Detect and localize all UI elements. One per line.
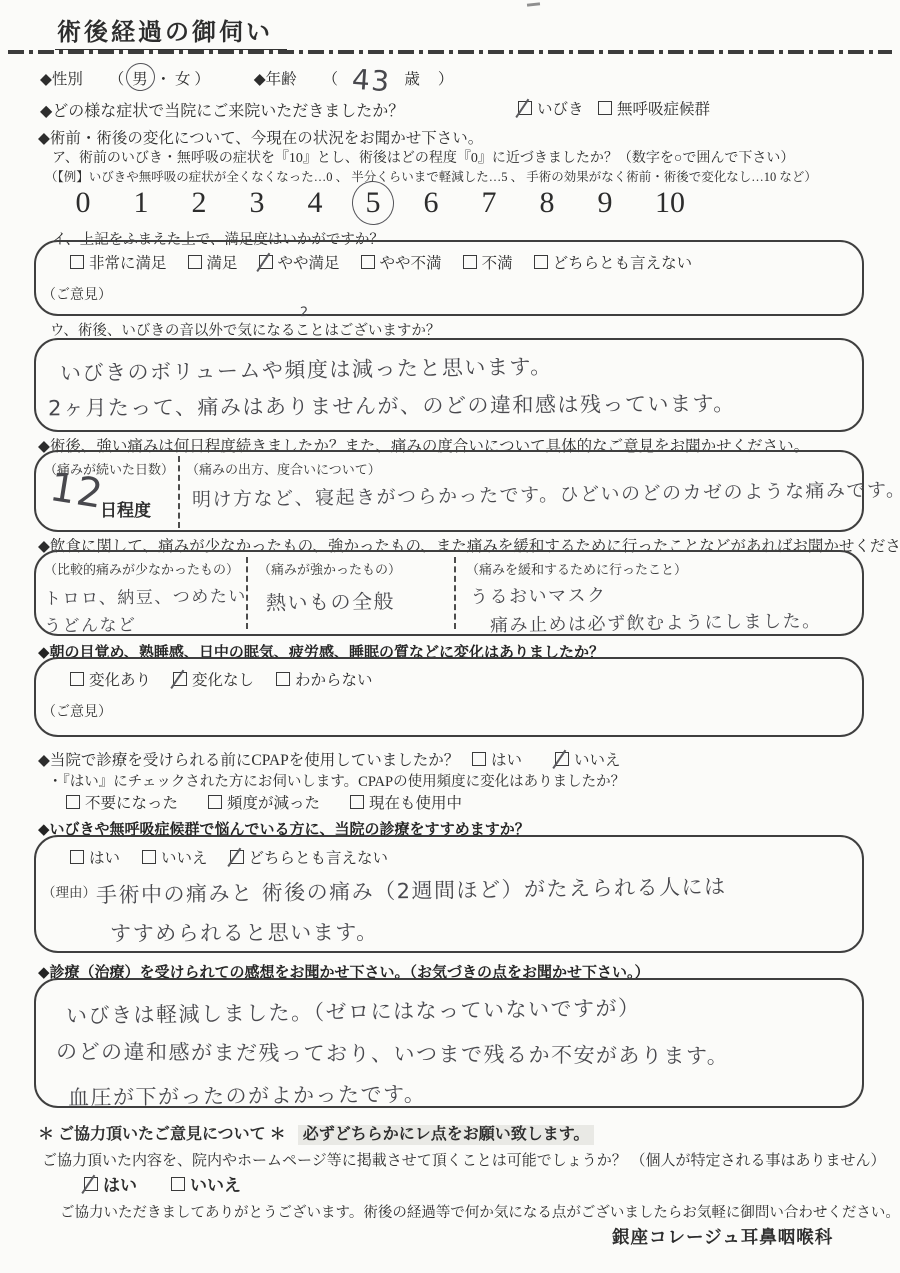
footer-note: ＊ ご協力頂いたご意見について ＊ 必ずどちらかにレ点をお願い致します。 [38, 1121, 594, 1144]
food-column-label: （痛みを緩和するために行ったこと） [466, 559, 860, 578]
publish-option-yes[interactable]: はい [84, 1171, 137, 1196]
no-longer-needed-checkbox[interactable] [66, 795, 80, 809]
change-heading: ◆術前・術後の変化について、今現在の状況をお聞かせ下さい。 [38, 126, 483, 148]
recommend-options: はい いいえ どちらとも言えない [70, 846, 388, 868]
scale-number-9[interactable]: 9 [590, 186, 620, 220]
profile-row: ◆性別 （ 男 ・ 女 ） ◆年齢 （ 43 歳 ） [40, 64, 453, 97]
dissatisfied-checkbox[interactable] [463, 255, 477, 269]
satisfaction-option-somewhat-satisfied[interactable]: やや満足 [259, 251, 340, 273]
scale-number-8[interactable]: 8 [532, 186, 562, 220]
footer-note-prefix: ＊ ご協力頂いたご意見について ＊ [38, 1126, 286, 1143]
symptom-option-ibiki[interactable]: いびき [518, 97, 584, 119]
thanks-message: ご協力いただきましてありがとうございます。術後の経過等で何か気になる点がございま… [60, 1201, 900, 1222]
satisfied-checkbox[interactable] [188, 255, 202, 269]
cpap-option-no[interactable]: いいえ [555, 748, 621, 770]
still-using-checkbox[interactable] [350, 795, 364, 809]
scale-number-1[interactable]: 1 [126, 186, 156, 220]
neither-label: どちらとも言えない [553, 251, 693, 273]
unsure-checkbox[interactable] [276, 672, 290, 686]
satisfaction-option-neither[interactable]: どちらとも言えない [534, 251, 693, 273]
pain-days-unit: 日程度 [100, 496, 151, 521]
handwritten-line: 痛み止めは必ず飲むようにしました。 [490, 607, 822, 638]
scale-number-2[interactable]: 2 [184, 186, 214, 220]
cpap-question: ◆当院で診療を受けられる前にCPAPを使用していましたか？ [38, 748, 459, 770]
scale-number-10[interactable]: 10 [648, 186, 692, 220]
changed-checkbox[interactable] [70, 672, 84, 686]
sleep-option-changed[interactable]: 変化あり [70, 668, 151, 690]
frequency-decreased-label: 頻度が減った [227, 791, 320, 813]
recommend-neither-checkbox[interactable] [230, 850, 244, 864]
cpap-yes-checkbox[interactable] [472, 752, 486, 766]
sleep-options: 変化あり 変化なし わからない [70, 668, 373, 690]
scale-number-3[interactable]: 3 [242, 186, 272, 220]
recommend-neither-label: どちらとも言えない [249, 846, 389, 868]
change-example: （【例】いびきや無呼吸の症状が全くなくなった…0 、 半分くらいまで軽減した…5… [45, 167, 817, 185]
satisfaction-option-very-satisfied[interactable]: 非常に満足 [70, 251, 167, 273]
handwritten-line: 血圧が下がったのがよかったです。 [68, 1078, 427, 1112]
symptom-option-mukokyu[interactable]: 無呼吸症候群 [598, 97, 710, 119]
unsure-label: わからない [295, 668, 373, 690]
questionnaire-page: 術後経過の御伺い ◆性別 （ 男 ・ 女 ） ◆年齢 （ 43 歳 ） ◆どの様… [0, 0, 900, 1273]
opinion-label: （ご意見） [42, 284, 112, 304]
cpap-yes-label: はい [491, 748, 522, 770]
pain-detail-label: （痛みの出方、度合いについて） [186, 459, 381, 478]
cpap-sub-options: 不要になった 頻度が減った 現在も使用中 [66, 791, 462, 813]
satisfaction-option-satisfied[interactable]: 満足 [188, 251, 238, 273]
handwritten-line: うどんなど [44, 610, 137, 636]
satisfaction-option-somewhat-dissatisfied[interactable]: やや不満 [361, 251, 442, 273]
age-paren-close: ） [438, 71, 454, 88]
food-column-label: （痛みが強かったもの） [258, 559, 450, 578]
somewhat-satisfied-checkbox[interactable] [259, 255, 273, 269]
pain-comment-handwritten: 明け方など、寝起きがつらかったです。ひどいのどのカゼのような痛みです。 [192, 475, 900, 512]
recommend-no-checkbox[interactable] [142, 850, 156, 864]
change-sub-a: ア、術前のいびき・無呼吸の症状を『10』とし、術後はどの程度『0』に近づきました… [52, 147, 794, 167]
changed-label: 変化あり [89, 668, 151, 690]
cpap-no-label: いいえ [574, 748, 621, 770]
publish-no-checkbox[interactable] [171, 1177, 185, 1191]
satisfaction-options: 非常に満足 満足 やや満足 やや不満 不満 どちらとも言えない [70, 251, 692, 273]
somewhat-satisfied-label: やや満足 [278, 251, 340, 273]
no-longer-needed-label: 不要になった [85, 791, 178, 813]
rating-scale: 0 1 2 3 4 5 6 7 8 9 10 [68, 186, 692, 220]
mukokyu-checkbox[interactable] [598, 101, 612, 115]
satisfaction-option-dissatisfied[interactable]: 不満 [463, 251, 513, 273]
age-value-handwritten[interactable]: 43 [351, 63, 392, 99]
still-using-label: 現在も使用中 [369, 791, 462, 813]
publish-option-no[interactable]: いいえ [171, 1171, 241, 1196]
recommend-yes-label: はい [89, 846, 120, 868]
somewhat-dissatisfied-checkbox[interactable] [361, 255, 375, 269]
pain-box-divider [178, 456, 180, 528]
recommend-option-neither[interactable]: どちらとも言えない [230, 846, 389, 868]
impression-answer-box[interactable]: いびきは軽減しました。（ゼロにはなっていないですが） のどの違和感がまだ残ってお… [34, 978, 864, 1108]
satisfied-label: 満足 [207, 251, 238, 273]
no-change-label: 変化なし [192, 668, 254, 690]
pain-days-value-handwritten: 12 [47, 464, 107, 518]
dissatisfied-label: 不満 [482, 251, 513, 273]
opinion-label: （ご意見） [42, 701, 112, 721]
recommend-yes-checkbox[interactable] [70, 850, 84, 864]
gender-label: ◆性別 [40, 71, 83, 88]
mukokyu-label: 無呼吸症候群 [617, 97, 710, 119]
sleep-option-no-change[interactable]: 変化なし [173, 668, 254, 690]
very-satisfied-checkbox[interactable] [70, 255, 84, 269]
handwritten-line: 熱いもの全般 [266, 585, 395, 616]
cpap-sub-question: ・『はい』にチェックされた方にお伺いします。CPAPの使用頻度に変化はありました… [48, 770, 625, 791]
neither-checkbox[interactable] [534, 255, 548, 269]
publish-options: はい いいえ [84, 1171, 241, 1196]
publish-no-label: いいえ [190, 1171, 241, 1196]
handwritten-line: のどの違和感がまだ残っており、いつまで残るか不安があります。 [56, 1036, 730, 1071]
title-divider [8, 50, 892, 54]
handwritten-line: うるおいマスク [470, 581, 607, 609]
symptom-question: ◆どの様な症状で当院にご来院いただきましたか？ [40, 98, 404, 121]
scale-number-4[interactable]: 4 [300, 186, 330, 220]
publish-yes-checkbox[interactable] [84, 1177, 98, 1191]
recommend-option-yes[interactable]: はい [70, 846, 120, 868]
food-column-more-pain: （痛みが強かったもの） 熱いもの全般 [248, 552, 454, 634]
cpap-option-yes[interactable]: はい [472, 748, 522, 770]
ibiki-label: いびき [537, 97, 584, 119]
scan-artifact [527, 2, 540, 6]
very-satisfied-label: 非常に満足 [89, 251, 167, 273]
handwritten-line: すすめられると思います。 [110, 916, 379, 947]
handwritten-line: いびきは軽減しました。（ゼロにはなっていないですが） [66, 992, 641, 1030]
satisfaction-answer-box[interactable]: 非常に満足 満足 やや満足 やや不満 不満 どちらとも言えない （ご意見） [34, 240, 864, 316]
age-unit: 歳 [404, 71, 420, 88]
cpap-option-no-longer-needed[interactable]: 不要になった [66, 791, 178, 813]
food-column-less-pain: （比較的痛みが少なかったもの） トロロ、納豆、つめたい うどんなど [36, 552, 246, 634]
footer-note-emphasis: 必ずどちらかにレ点をお願い致します。 [298, 1125, 595, 1145]
clinic-name: 銀座コレージュ耳鼻咽喉科 [612, 1224, 833, 1249]
recommend-no-label: いいえ [161, 846, 208, 868]
ibiki-checkbox[interactable] [518, 101, 532, 115]
section-c-answer-box[interactable]: いびきのボリュームや頻度は減ったと思います。 2ヶ月たって、痛みはありませんが、… [34, 338, 864, 432]
pain-answer-box[interactable]: （痛みが続いた日数） （痛みの出方、度合いについて） 12 日程度 明け方など、… [34, 450, 864, 532]
handwritten-line: 手術中の痛みと 術後の痛み（2週間ほど）がたえられる人には [96, 871, 727, 910]
scale-number-0[interactable]: 0 [68, 186, 98, 220]
recommend-option-no[interactable]: いいえ [142, 846, 208, 868]
frequency-decreased-checkbox[interactable] [208, 795, 222, 809]
publish-question: ご協力頂いた内容を、院内やホームページ等に掲載させて頂くことは可能でしょうか？ … [42, 1149, 885, 1170]
scale-number-7[interactable]: 7 [474, 186, 504, 220]
cpap-option-frequency-decreased[interactable]: 頻度が減った [208, 791, 320, 813]
page-title: 術後経過の御伺い [55, 20, 287, 50]
scale-number-5[interactable]: 5 [358, 186, 388, 220]
cpap-no-checkbox[interactable] [555, 752, 569, 766]
somewhat-dissatisfied-label: やや不満 [380, 251, 442, 273]
reason-label: （理由） [42, 881, 96, 901]
gender-option-male[interactable]: 男 [132, 67, 148, 89]
sleep-option-unsure[interactable]: わからない [276, 668, 373, 690]
handwritten-line: いびきのボリュームや頻度は減ったと思います。 [60, 351, 553, 388]
age-label: ◆年齢 [254, 71, 297, 88]
food-column-relief: （痛みを緩和するために行ったこと） うるおいマスク 痛み止めは必ず飲むようにしま… [456, 552, 864, 634]
cpap-option-still-using[interactable]: 現在も使用中 [350, 791, 462, 813]
sleep-answer-box[interactable]: 変化あり 変化なし わからない （ご意見） [34, 657, 864, 737]
age-paren-open: （ [323, 71, 339, 88]
stray-pen-mark: 2 [300, 305, 310, 320]
recommend-answer-box[interactable]: はい いいえ どちらとも言えない （理由） 手術中の痛みと 術後の痛み（2週間ほ… [34, 835, 864, 953]
food-answer-box[interactable]: （比較的痛みが少なかったもの） トロロ、納豆、つめたい うどんなど （痛みが強か… [34, 550, 864, 636]
section-c-question: ウ、術後、いびきの音以外で気になることはございますか？ [50, 319, 440, 340]
scale-number-6[interactable]: 6 [416, 186, 446, 220]
gender-option-female[interactable]: ・ 女 ） [156, 71, 210, 88]
handwritten-line: トロロ、納豆、つめたい [44, 582, 247, 610]
gender-paren-open: （ [109, 71, 125, 88]
publish-yes-label: はい [103, 1171, 137, 1196]
handwritten-line: 2ヶ月たって、痛みはありませんが、のどの違和感は残っています。 [48, 388, 736, 423]
no-change-checkbox[interactable] [173, 672, 187, 686]
food-column-label: （比較的痛みが少なかったもの） [44, 559, 242, 578]
